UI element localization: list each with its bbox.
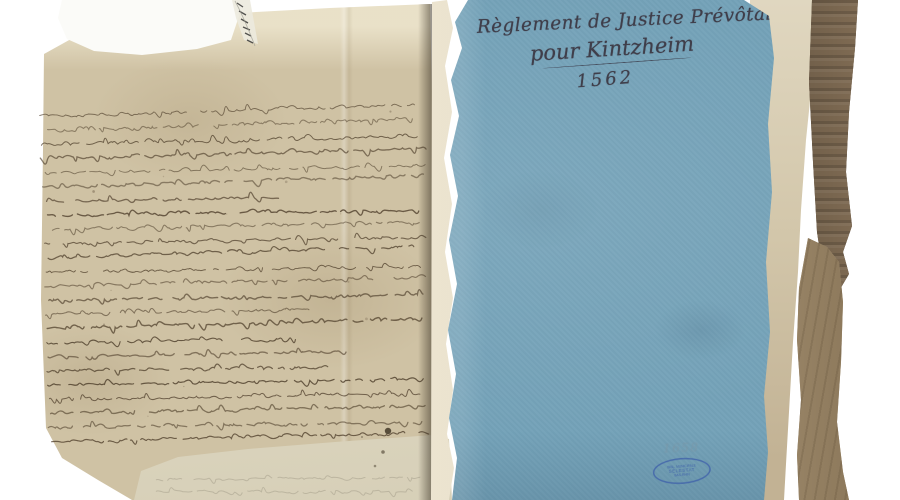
stamp-line3: BAS-RHIN [674, 473, 690, 478]
pencil-shelfmark: 1658 [663, 440, 700, 455]
cover-title: Règlement de Justice Prévôtale pour Kint… [476, 3, 779, 96]
scanned-archival-document: Règlement de Justice Prévôtale pour Kint… [0, 0, 900, 500]
binding-thread [222, 0, 266, 50]
library-stamp: BIBL. MUNICIPALE SÉLESTAT BAS-RHIN [652, 456, 712, 486]
